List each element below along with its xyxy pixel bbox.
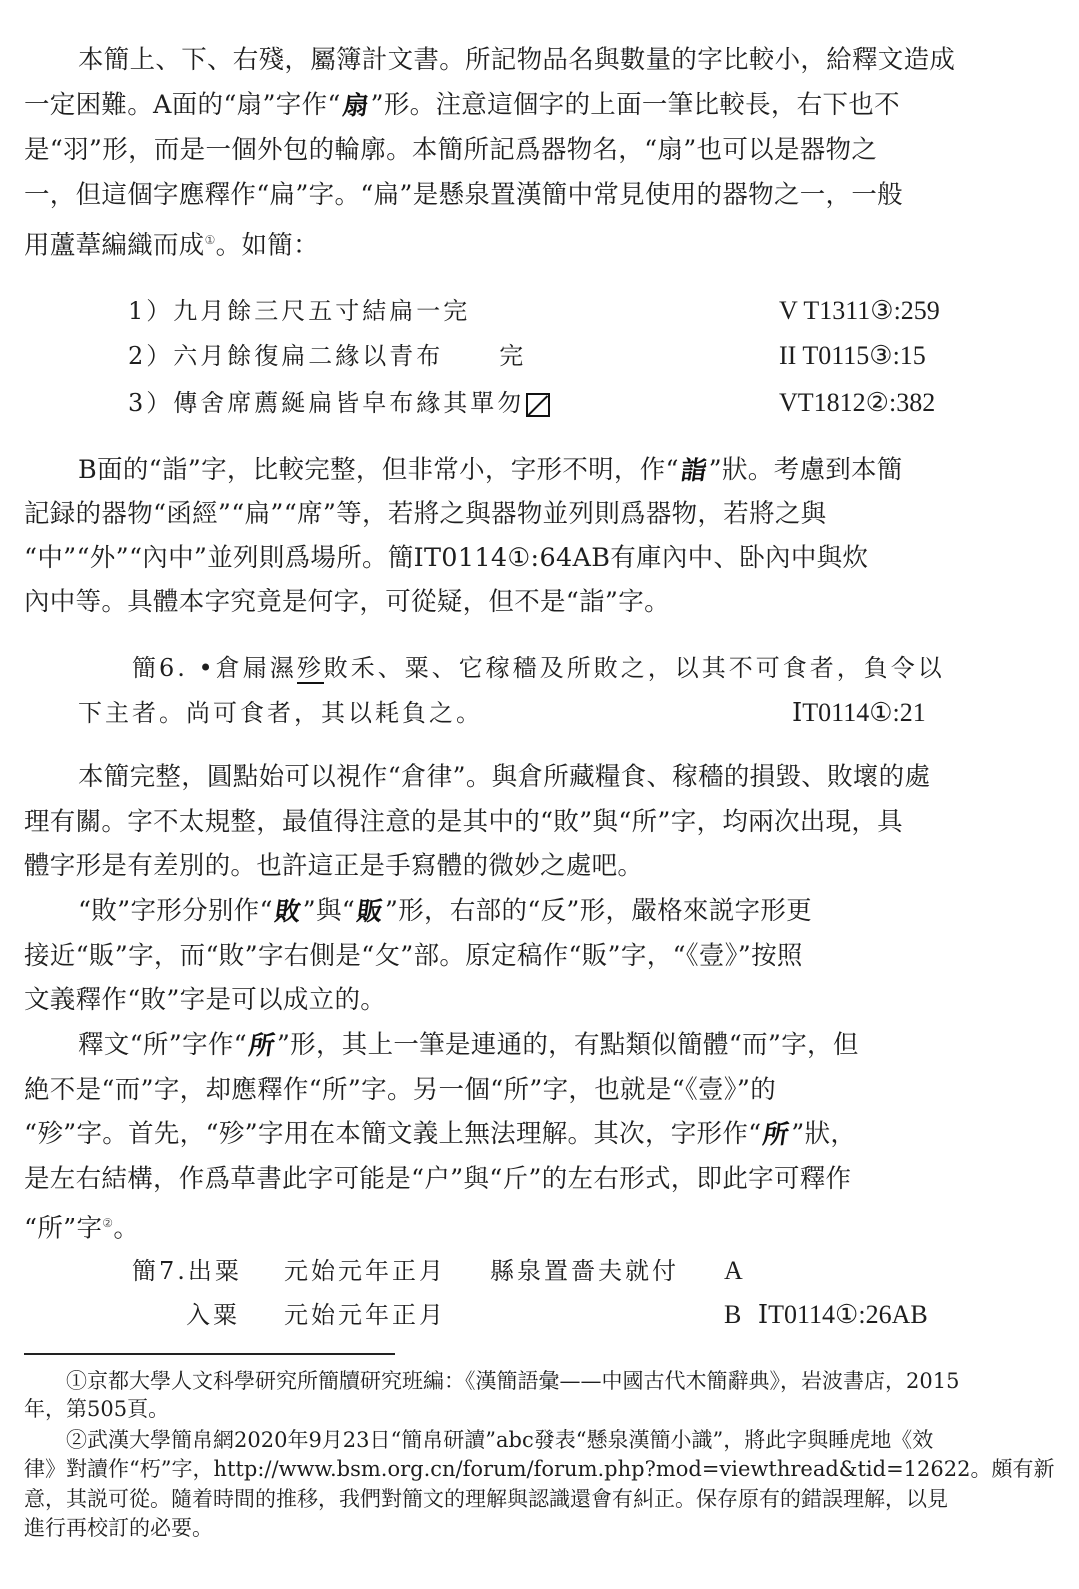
- text-span: 用蘆葦編織而成: [24, 231, 205, 261]
- paragraph-3-line-3: 體字形是有差別的。也許這正是手寫體的微妙之處吧。: [24, 851, 1024, 881]
- text-span: 釋文“所”字作“: [78, 1030, 247, 1060]
- paragraph-1-line-3: 是“羽”形，而是一個外包的輪廓。本簡所記爲器物名，“扇”也可以是器物之: [24, 135, 1024, 165]
- text-span: 。如簡：: [216, 231, 319, 261]
- paragraph-1-line-2: 一定困難。A面的“扇”字作“扇”形。注意這個字的上面一筆比較長，右下也不: [24, 90, 1024, 121]
- handwritten-glyph-image: 扇: [341, 91, 371, 121]
- footnote-marker[interactable]: ①: [205, 233, 216, 247]
- paragraph-2-line-4: 內中等。具體本字究竟是何字，可從疑，但不是“詣”字。: [24, 587, 1024, 617]
- handwritten-glyph-image: 販: [355, 897, 385, 927]
- paragraph-1-line-5: 用蘆葦編織而成①。如簡：: [24, 225, 1024, 261]
- text-span: ”狀。考慮到本簡: [709, 455, 903, 485]
- text-span: 一定困難。A面的“扇”字作“: [24, 90, 341, 120]
- example-3: 3）傳舍席薦綖扁皆皁布緣其單勿: [128, 388, 728, 418]
- example-2: 2）六月餘復扁二緣以青布完: [128, 341, 728, 371]
- slip-6-ref: ⅠT0114①:21: [792, 698, 926, 728]
- example-number: 2）: [128, 342, 173, 370]
- example-2-ref: II T0115③:15: [779, 341, 926, 371]
- footnote-1-line-1: ①京都大學人文科學研究所簡牘研究班編：《漢簡語彙——中國古代木簡辭典》，岩波書店…: [66, 1367, 1026, 1395]
- paragraph-4-line-2: 接近“販”字，而“敗”字右側是“攵”部。原定稿作“販”字，“《壹》”按照: [24, 941, 1024, 971]
- paragraph-2-line-2: 記録的器物“函經”“扁”“席”等，若將之與器物並列則爲器物，若將之與: [24, 499, 1024, 529]
- example-text: 傳舍席薦綖扁皆皁布緣其單勿: [173, 389, 524, 417]
- underlined-character: 殄: [297, 654, 324, 684]
- handwritten-glyph-image: 所: [761, 1120, 791, 1150]
- footnote-2-line-4: 進行再校訂的必要。: [24, 1514, 1024, 1542]
- slip-6-line-2: 下主者。尚可食者，其以耗負之。: [78, 698, 678, 728]
- text-span: ”形，右部的“反”形，嚴格來説字形更: [385, 896, 812, 926]
- footnote-2-line-2: 律》對讀作“朽”字，http://www.bsm.org.cn/forum/fo…: [24, 1455, 1024, 1483]
- example-1-ref: V T1311③:259: [779, 296, 940, 326]
- text-span: B面的“詣”字，比較完整，但非常小，字形不明，作“: [78, 455, 679, 485]
- paragraph-2-line-3: “中”“外”“內中”並列則爲場所。簡ⅠT0114①:64AB有庫內中、卧內中與炊: [24, 543, 1024, 573]
- text-span: “敗”字形分别作“: [78, 896, 273, 926]
- footnote-2-line-3: 意，其説可從。隨着時間的推移，我們對簡文的理解與認識還會有糾正。保存原有的錯誤理…: [24, 1485, 1024, 1513]
- text-span: ”形。注意這個字的上面一筆比較長，右下也不: [371, 90, 900, 120]
- paragraph-1-line-4: 一，但這個字應釋作“扁”字。“扁”是懸泉置漢簡中常見使用的器物之一，一般: [24, 180, 1024, 210]
- paragraph-5-line-2: 絶不是“而”字，却應釋作“所”字。另一個“所”字，也就是“《壹》”的: [24, 1075, 1024, 1105]
- slip-cell: 出粟: [188, 1257, 242, 1285]
- paragraph-1-line-1: 本簡上、下、右殘，屬簿計文書。所記物品名與數量的字比較小，給釋文造成: [78, 45, 1024, 75]
- slip-label: 簡7.: [132, 1257, 188, 1285]
- footnote-divider: [24, 1353, 395, 1355]
- paragraph-5-line-3: “殄”字。首先，“殄”字用在本簡文義上無法理解。其次，字形作“所”狀，: [24, 1119, 1024, 1150]
- example-number: 3）: [128, 389, 173, 417]
- text-span: ”狀，: [791, 1119, 856, 1149]
- paragraph-5-line-1: 釋文“所”字作“所”形，其上一筆是連通的，有點類似簡體“而”字，但: [78, 1030, 1024, 1061]
- slip-7-side-b: B ⅠT0114①:26AB: [724, 1300, 928, 1330]
- example-1: 1）九月餘三尺五寸結扁一完: [128, 296, 728, 326]
- text-span: 。: [113, 1214, 139, 1244]
- text-span: “殄”字。首先，“殄”字用在本簡文義上無法理解。其次，字形作“: [24, 1119, 761, 1149]
- footnote-1-line-2: 年，第505頁。: [24, 1395, 1024, 1423]
- slip-label: 簡6.: [132, 654, 188, 682]
- slip-7-side-a: A: [724, 1256, 743, 1286]
- side-label: B: [724, 1300, 741, 1329]
- slip-7-row-1-official: 縣泉置嗇夫就付: [490, 1256, 710, 1286]
- handwritten-glyph-image: 詣: [679, 456, 709, 486]
- text-span: 敗禾、粟、它稼穡及所敗之，以其不可食者，負令以: [324, 654, 945, 682]
- paragraph-2-line-1: B面的“詣”字，比較完整，但非常小，字形不明，作“詣”狀。考慮到本簡: [78, 455, 1024, 486]
- example-suffix: 完: [499, 342, 526, 370]
- footnote-marker[interactable]: ②: [102, 1216, 113, 1230]
- slip-6-line-1: 簡6. •倉屚濕殄敗禾、粟、它稼穡及所敗之，以其不可食者，負令以: [132, 653, 1032, 683]
- paragraph-4-line-3: 文義釋作“敗”字是可以成立的。: [24, 985, 1024, 1015]
- handwritten-glyph-image: 敗: [273, 897, 303, 927]
- text-span: ”與“: [303, 896, 355, 926]
- slip-7-row-2-date: 元始元年正月: [284, 1300, 484, 1330]
- paragraph-3-line-1: 本簡完整，圓點始可以視作“倉律”。與倉所藏糧食、稼穡的損毀、敗壞的處: [78, 762, 1024, 792]
- document-page: 本簡上、下、右殘，屬簿計文書。所記物品名與數量的字比較小，給釋文造成 一定困難。…: [0, 0, 1079, 1589]
- slip-7-row-1-label: 簡7.出粟: [132, 1256, 292, 1286]
- paragraph-4-line-1: “敗”字形分别作“敗”與“販”形，右部的“反”形，嚴格來説字形更: [78, 896, 1024, 927]
- text-span: •倉屚濕: [199, 654, 297, 682]
- footnote-2-line-1: ②武漢大學簡帛網2020年9月23日“簡帛研讀”abc發表“懸泉漢簡小識”，將此…: [66, 1426, 1026, 1454]
- text-span: ”形，其上一筆是連通的，有點類似簡體“而”字，但: [277, 1030, 859, 1060]
- paragraph-3-line-2: 理有關。字不太規整，最值得注意的是其中的“敗”與“所”字，均兩次出現，具: [24, 807, 1024, 837]
- example-number: 1）: [128, 297, 173, 325]
- handwritten-glyph-image: 所: [247, 1031, 277, 1061]
- slip-ref: ⅠT0114①:26AB: [758, 1300, 928, 1329]
- text-span: “所”字: [24, 1214, 102, 1244]
- missing-character-box-icon: [526, 393, 550, 417]
- paragraph-5-line-4: 是左右結構，作爲草書此字可能是“户”與“斤”的左右形式，即此字可釋作: [24, 1164, 1024, 1194]
- example-3-ref: VT1812②:382: [779, 388, 935, 418]
- paragraph-5-line-5: “所”字②。: [24, 1208, 1024, 1244]
- example-text: 六月餘復扁二緣以青布: [173, 342, 443, 370]
- slip-7-row-1-date: 元始元年正月: [284, 1256, 484, 1286]
- example-text: 九月餘三尺五寸結扁一完: [173, 297, 470, 325]
- slip-7-row-2-label: 入粟: [186, 1300, 286, 1330]
